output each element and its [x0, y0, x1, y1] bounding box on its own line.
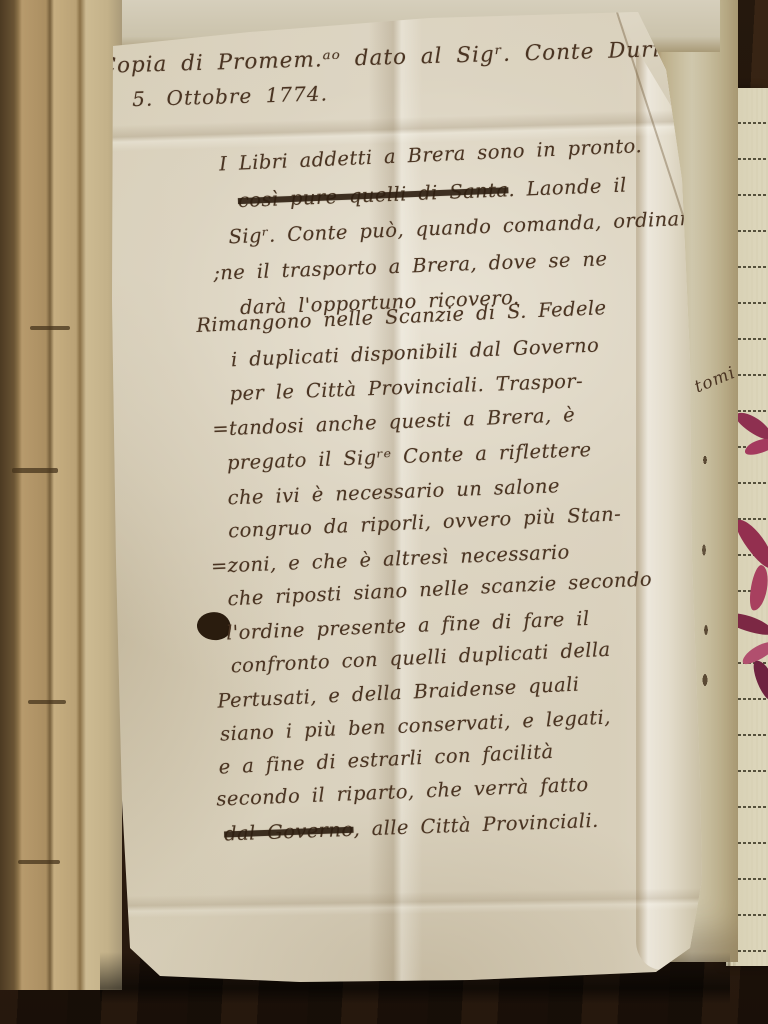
manuscript-text: =tandosi anche questi a Brera, è — [212, 403, 576, 441]
heading-line-1: Copia di Promem.ᵃᵒ dato al Sigʳ. Conte D… — [99, 38, 689, 77]
manuscript-line: ;ne il trasporto a Brera, dove se ne — [213, 249, 608, 283]
manuscript-line: l'ordine presente a fine di fare il — [226, 609, 590, 643]
manuscript-line: confronto con quelli duplicati della — [230, 640, 611, 676]
spine-notch — [30, 326, 70, 330]
manuscript-text: per le Città Provinciali. Traspor- — [229, 369, 583, 405]
manuscript-text: Sigʳ. Conte può, quando comanda, ordinar… — [228, 207, 697, 249]
manuscript-line: dal Governo, alle Città Provinciali. — [224, 811, 599, 844]
manuscript-line: che riposti siano nelle scanzie secondo — [227, 569, 652, 608]
manuscript-text: Pertusati, e della Braidense quali — [217, 673, 580, 713]
manuscript-text: =zoni, e che è altresì necessario — [210, 540, 570, 577]
manuscript-text: confronto con quelli duplicati della — [230, 638, 611, 678]
bundle-spine-pages — [0, 0, 122, 990]
ink-stray-marks — [700, 430, 710, 690]
spine-notch — [28, 700, 66, 704]
manuscript-line: per le Città Provinciali. Traspor- — [229, 371, 583, 403]
struck-text: dal Governo — [224, 818, 354, 846]
margin-text-fragment: tomi — [692, 365, 738, 397]
manuscript-line: siano i più ben conservati, e legati, — [220, 708, 611, 745]
manuscript-text: secondo il riparto, che verrà fatto — [216, 773, 589, 811]
manuscript-line: =tandosi anche questi a Brera, è — [212, 405, 575, 439]
manuscript-line: pregato il Sigʳᵉ Conte a riflettere — [227, 440, 592, 473]
manuscript-text: ;ne il trasporto a Brera, dove se ne — [213, 247, 608, 284]
manuscript-text: pregato il Sigʳᵉ Conte a riflettere — [227, 438, 592, 474]
manuscript-line: e a fine di estrarli con facilità — [218, 742, 554, 777]
manuscript-text: i duplicati disponibili dal Governo — [231, 334, 600, 372]
heading-line-2: 5. Ottobre 1774. — [132, 83, 328, 109]
manuscript-line: =zoni, e che è altresì necessario — [211, 542, 570, 576]
spine-notch — [18, 860, 60, 864]
manuscript-text: I Libri addetti a Brera sono in pronto. — [219, 134, 643, 175]
manuscript-text: che ivi è necessario un salone — [227, 474, 560, 509]
manuscript-line: Pertusati, e della Braidense quali — [217, 675, 580, 712]
manuscript-text: l'ordine presente a fine di fare il — [226, 607, 590, 645]
photo-of-manuscript: tomi 18 Copia di Promem.ᵃᵒ dato al Sigʳ.… — [0, 0, 768, 1024]
manuscript-line: così pure quelli di Santa. Laonde il — [238, 176, 627, 211]
manuscript-text: , alle Città Provinciali. — [353, 809, 599, 841]
struck-text: così pure quelli di Santa — [237, 178, 508, 212]
manuscript-line: che ivi è necessario un salone — [227, 476, 560, 508]
spine-notch — [12, 468, 58, 473]
manuscript-line: I Libri addetti a Brera sono in pronto. — [219, 136, 643, 174]
manuscript-text: e a fine di estrarli con facilità — [218, 740, 554, 779]
manuscript-line: i duplicati disponibili dal Governo — [231, 336, 600, 370]
manuscript-text: . Laonde il — [508, 174, 627, 202]
manuscript-line: secondo il riparto, che verrà fatto — [216, 775, 589, 809]
manuscript-line: congruo da riporli, ovvero più Stan- — [228, 504, 622, 541]
manuscript-line: Sigʳ. Conte può, quando comanda, ordinar… — [228, 209, 696, 247]
manuscript-text: congruo da riporli, ovvero più Stan- — [228, 502, 622, 542]
